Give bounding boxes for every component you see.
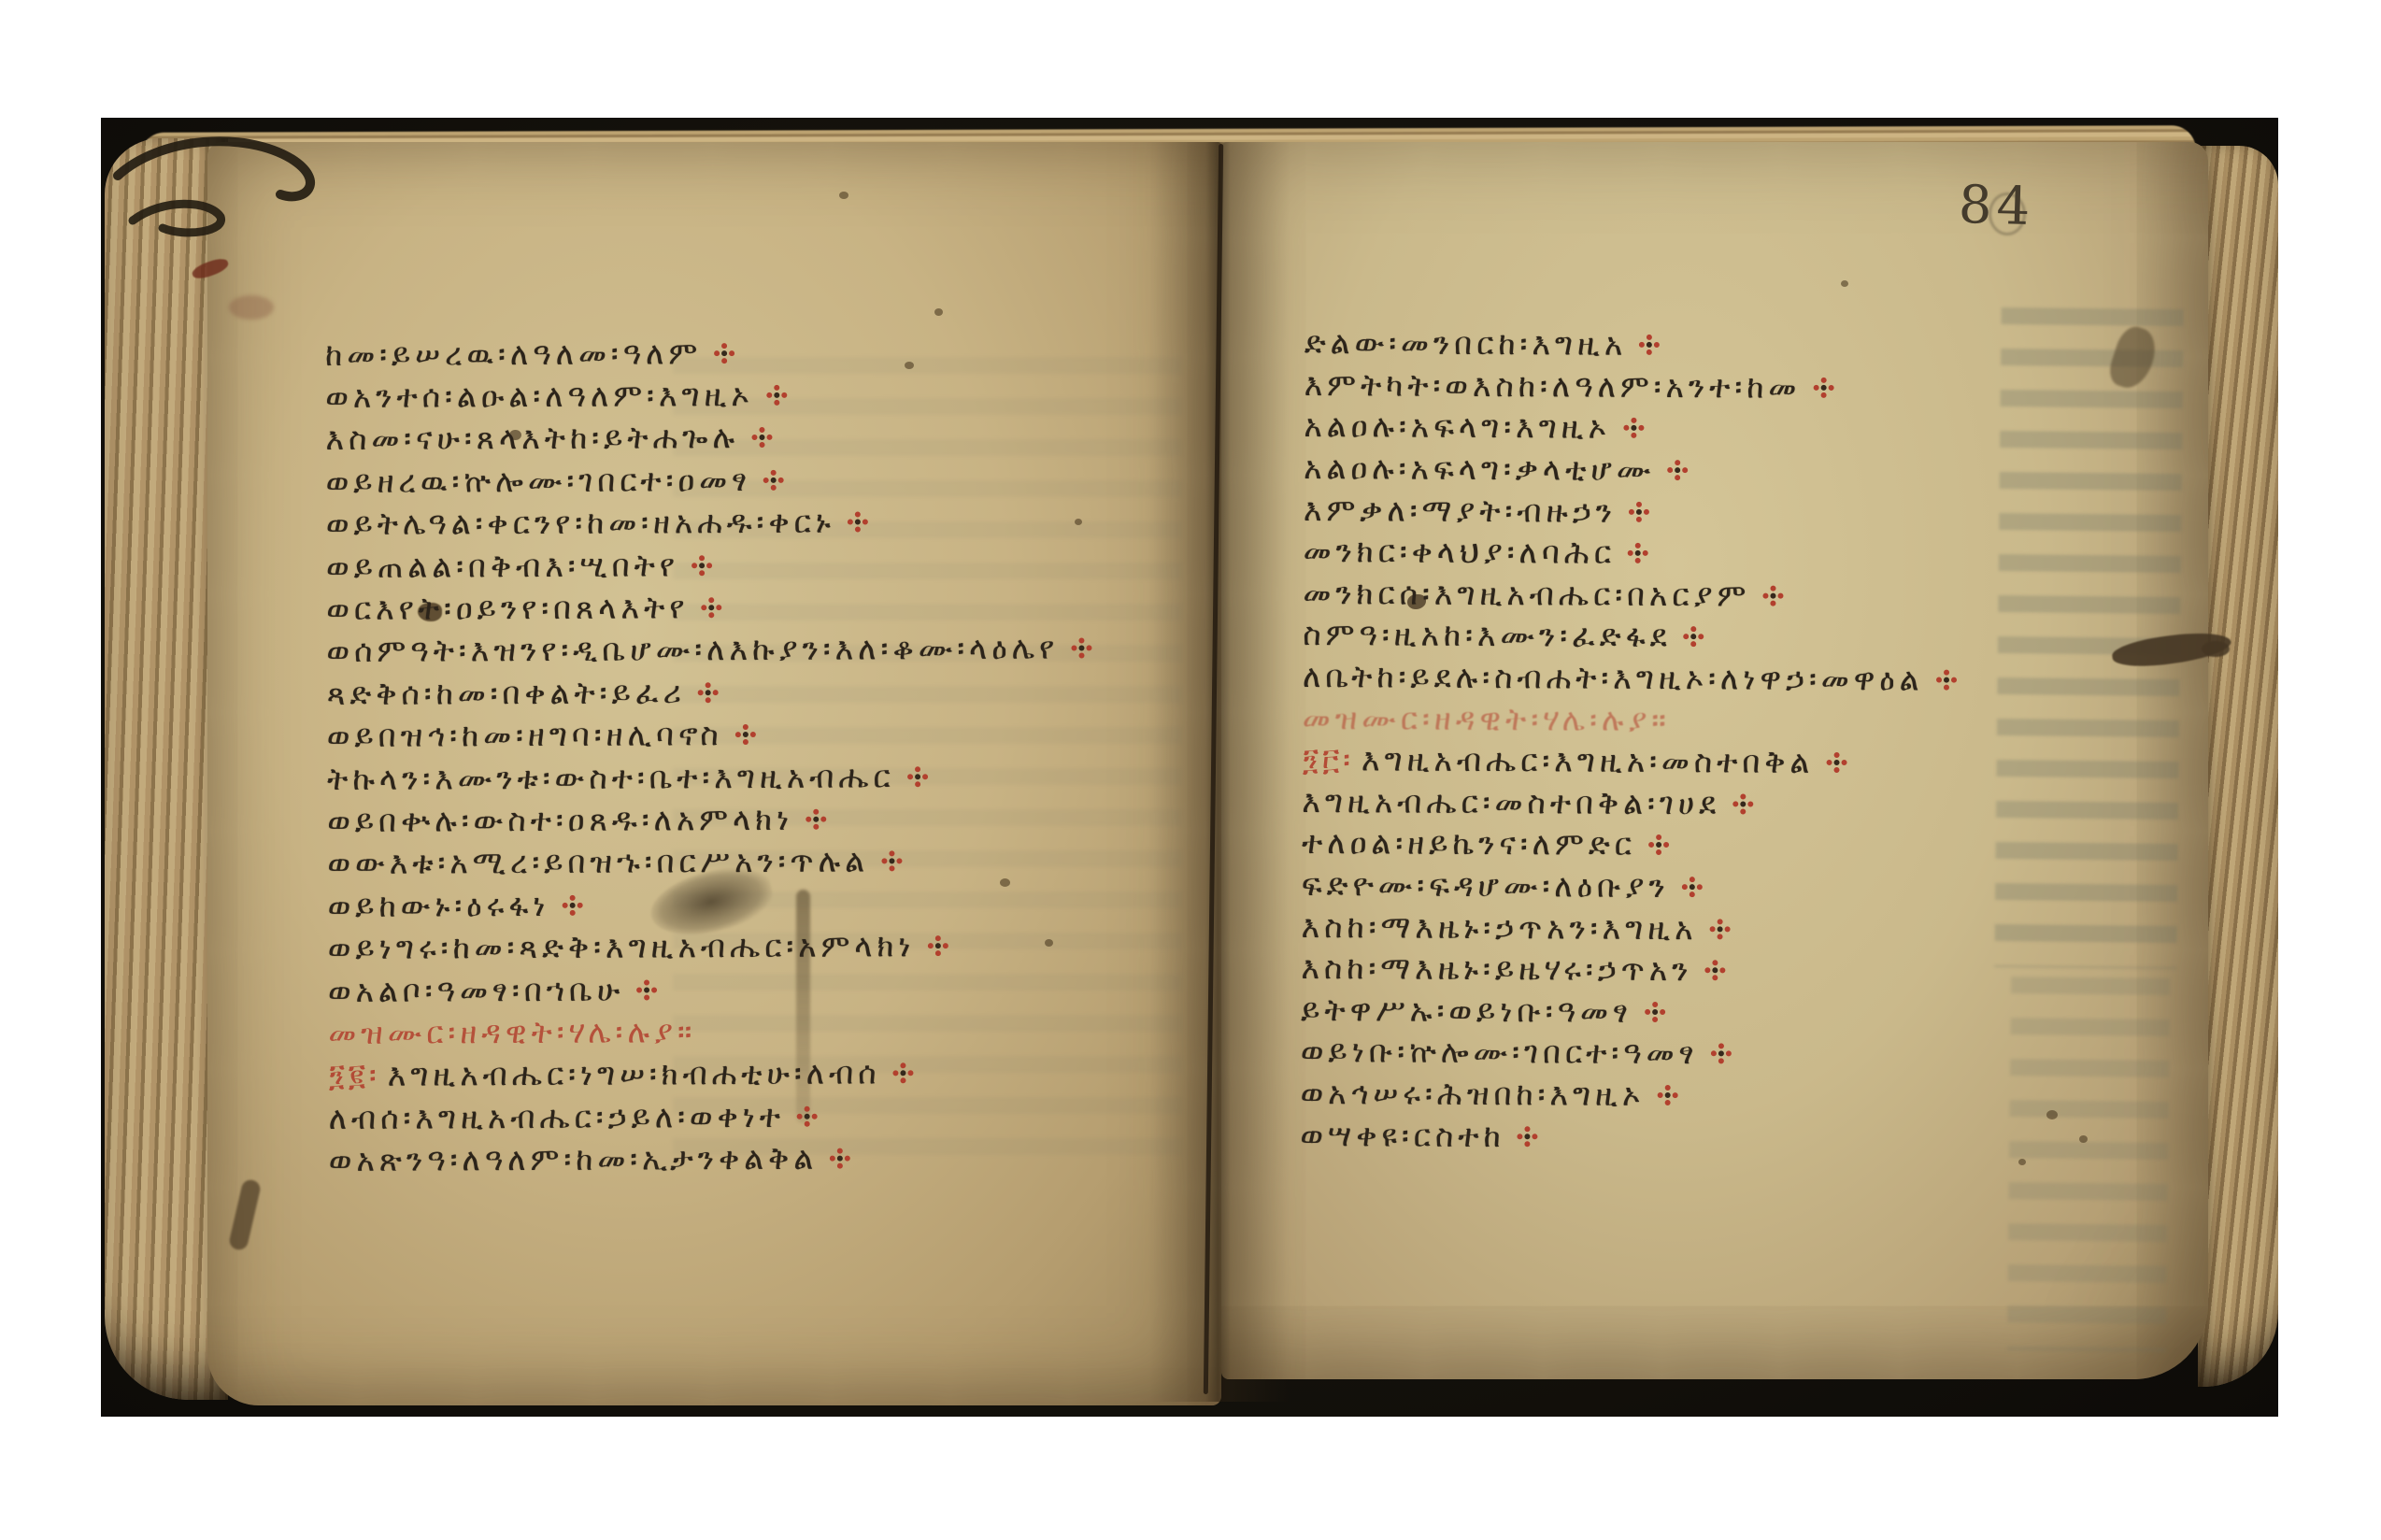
- line-text: መንክር፡ቀላህያ፡ለባሕር: [1304, 533, 1617, 572]
- manuscript-text-line: ይትዋሥኡ፡ወይነቡ፡ዓመፃ: [1301, 989, 2160, 1034]
- section-cross-mark-icon: [1622, 417, 1645, 439]
- manuscript-text-line: ትኩላን፡እሙንቱ፡ውስተ፡ቤተ፡እግዚአብሔር: [327, 754, 1168, 800]
- line-text: መንክርሰ፡እግዚአብሔር፡በአርያም: [1303, 575, 1750, 615]
- speck: [1841, 280, 1848, 287]
- line-text: እስከ፡ማእዜኑ፡ኃጥአን፡እግዚአ: [1302, 908, 1698, 948]
- section-cross-mark-icon: [1666, 459, 1689, 481]
- manuscript-text-line: ፺፫፡እግዚአብሔር፡እግዚአ፡መስተበቅል: [1302, 739, 2161, 785]
- line-text: ወይበዝኅ፡ከመ፡ዘግባ፡ዘሊባኖስ: [327, 716, 723, 755]
- line-text: ወሣቀዩ፡ርስተከ: [1300, 1117, 1505, 1155]
- manuscript-text-line: ወርእየት፡ዐይንየ፡በጸላእትየ: [326, 584, 1167, 630]
- section-cross-mark-icon: [763, 469, 785, 492]
- manuscript-text-line: መንክር፡ቀላህያ፡ለባሕር: [1304, 531, 2163, 577]
- line-text: ወይከውኑ፡ዕሩፋነ: [328, 887, 550, 925]
- right-page-text: ድልው፡መንበርከ፡እግዚአእምትካት፡ወእስከ፡ለዓለም፡አንተ፡ከመአልዐሉ…: [1300, 322, 2164, 1161]
- manuscript-text-line: ወአኅሠሩ፡ሕዝበከ፡እግዚኦ: [1301, 1073, 2160, 1119]
- section-cross-mark-icon: [734, 723, 757, 746]
- section-cross-mark-icon: [829, 1148, 851, 1170]
- psalm-number-rubric: ፺፫፡: [1302, 741, 1354, 778]
- line-text: እግዚአብሔር፡ነግሠ፡ክብሐቲሁ፡ለብሰ: [388, 1055, 881, 1094]
- line-text: ወይጠልል፡በቅብእ፡ሢበትየ: [326, 547, 679, 586]
- section-cross-mark-icon: [906, 765, 929, 788]
- line-text: ለብሰ፡እግዚአብሔር፡ኃይለ፡ወቀነተ: [329, 1098, 786, 1137]
- line-text: ከመ፡ይሠረዉ፡ለዓለመ፡ዓለም: [325, 335, 702, 374]
- line-text: እግዚአብሔር፡መስተበቅል፡ገሀደ: [1302, 783, 1720, 822]
- line-text: ለቤትከ፡ይደሉ፡ስብሐት፡እግዚኦ፡ለነዋኃ፡መዋዕል: [1303, 658, 1924, 698]
- manuscript-text-line: ወይከውኑ፡ዕሩፋነ: [328, 881, 1169, 927]
- line-text: አልዐሉ፡አፍላግ፡ቃላቲሆሙ: [1304, 449, 1655, 489]
- manuscript-text-line: እስከ፡ማእዜኑ፡ኃጥአን፡እግዚአ: [1301, 905, 2160, 951]
- binding-thread-icon: [105, 120, 385, 260]
- line-text: ወአልቦ፡ዓመፃ፡በኀቤሁ: [328, 971, 624, 1009]
- section-cross-mark-icon: [880, 850, 903, 873]
- line-text: አልዐሉ፡አፍላግ፡እግዚኦ: [1304, 407, 1611, 447]
- manuscript-text-line: እስመ፡ናሁ፡ጸላእትከ፡ይትሐጐሉ: [325, 415, 1166, 461]
- section-cross-mark-icon: [697, 681, 720, 704]
- manuscript-text-line: ስምዓ፡ዚአከ፡እሙን፡ፈድፋደ: [1303, 614, 2162, 660]
- section-cross-mark-icon: [1812, 377, 1834, 399]
- speck: [2018, 1159, 2026, 1165]
- line-text: ፍድዮሙ፡ፍዳሆሙ፡ለዕቡያን: [1302, 866, 1670, 905]
- line-text: ወርእየት፡ዐይንየ፡በጸላእትየ: [326, 589, 689, 628]
- section-cross-mark-icon: [1935, 669, 1958, 692]
- manuscript-text-line: ፺፪፡እግዚአብሔር፡ነግሠ፡ክብሐቲሁ፡ለብሰ: [328, 1051, 1169, 1097]
- section-cross-mark-icon: [691, 554, 713, 577]
- manuscript-text-line: ከመ፡ይሠረዉ፡ለዓለመ፡ዓለም: [325, 330, 1166, 376]
- manuscript-photo: 84 ከመ፡ይሠረዉ፡ለዓለመ፡ዓለምወአንተሰ፡ልዑል፡ለዓለም፡እግዚኦእስ…: [0, 0, 2381, 1540]
- section-cross-mark-icon: [892, 1062, 915, 1085]
- section-cross-mark-icon: [1070, 637, 1092, 660]
- section-cross-mark-icon: [796, 1105, 819, 1127]
- line-text: ድልው፡መንበርከ፡እግዚአ: [1305, 324, 1628, 364]
- line-text: ወይነግሩ፡ከመ፡ጻድቅ፡እግዚአብሔር፡አምላክነ: [328, 927, 916, 967]
- manuscript-text-line: ወይትሌዓል፡ቀርንየ፡ከመ፡ዘአሐዱ፡ቀርኑ: [326, 500, 1167, 546]
- section-cross-mark-icon: [1683, 626, 1705, 649]
- line-text: ወአኅሠሩ፡ሕዝበከ፡እግዚኦ: [1301, 1075, 1646, 1114]
- speck: [839, 192, 848, 199]
- right-margin-ink-stroke-tail: [2202, 641, 2230, 657]
- line-text: ወይነቡ፡ኵሎሙ፡ገበርተ፡ዓመፃ: [1301, 1033, 1699, 1072]
- manuscript-text-line: ወአጽንዓ፡ለዓለም፡ከመ፡ኢታንቀልቅል: [329, 1135, 1170, 1181]
- line-text: ወሰምዓት፡እዝንየ፡ዲቤሆሙ፡ለእኩያን፡እለ፡ቆሙ፡ላዕሌየ: [326, 630, 1059, 670]
- manuscript-text-line: ለቤትከ፡ይደሉ፡ስብሐት፡እግዚኦ፡ለነዋኃ፡መዋዕል: [1303, 656, 2162, 702]
- psalm-number-rubric: ፺፪፡: [328, 1057, 379, 1094]
- line-text: ወይበቍሉ፡ውስተ፡ዐጸዱ፡ለአምላክነ: [327, 801, 793, 840]
- section-cross-mark-icon: [805, 808, 827, 831]
- section-cross-mark-icon: [1656, 1084, 1678, 1106]
- line-text: ወይዘረዉ፡ኵሎሙ፡ገበርተ፡ዐመፃ: [326, 462, 752, 501]
- section-cross-mark-icon: [926, 934, 948, 957]
- section-cross-mark-icon: [1644, 1001, 1666, 1023]
- manuscript-text-line: ወአንተሰ፡ልዑል፡ለዓለም፡እግዚኦ: [325, 372, 1166, 418]
- manuscript-text-line: ወይጠልል፡በቅብእ፡ሢበትየ: [326, 542, 1167, 588]
- faint-red-smudge: [229, 295, 274, 320]
- section-cross-mark-icon: [635, 978, 658, 1001]
- manuscript-text-line: ወውእቱ፡አሚረ፡ይበዝኁ፡በርሥአን፡ጥሉል: [327, 839, 1168, 885]
- manuscript-text-line: ወይነቡ፡ኵሎሙ፡ገበርተ፡ዓመፃ: [1301, 1031, 2160, 1077]
- manuscript-text-line: አልዐሉ፡አፍላግ፡እግዚኦ: [1304, 406, 2163, 451]
- psalm-heading-rubric: መዝሙር፡ዘዳዊት፡ሃሌ፡ሉያ።: [1303, 697, 2162, 743]
- section-cross-mark-icon: [1710, 1043, 1732, 1065]
- line-text: ስምዓ፡ዚአከ፡እሙን፡ፈድፋደ: [1303, 616, 1672, 655]
- psalm-heading-rubric: መዝሙር፡ዘዳዊት፡ሃሌ፡ሉያ።: [328, 1008, 1169, 1054]
- manuscript-text-line: ወይዘረዉ፡ኵሎሙ፡ገበርተ፡ዐመፃ: [326, 457, 1167, 503]
- manuscript-text-line: ወይበዝኅ፡ከመ፡ዘግባ፡ዘሊባኖስ: [327, 712, 1168, 758]
- section-cross-mark-icon: [1708, 918, 1731, 940]
- section-cross-mark-icon: [1732, 792, 1754, 815]
- speck: [934, 308, 943, 316]
- line-text: እምቃለ፡ማያት፡ብዙኃን: [1304, 492, 1617, 531]
- manuscript-text-line: ጻድቅሰ፡ከመ፡በቀልት፡ይፈሪ: [327, 669, 1168, 715]
- section-cross-mark-icon: [1761, 584, 1784, 606]
- line-text: እስከ፡ማእዜኑ፡ይዜሃሩ፡ኃጥአን: [1301, 949, 1692, 989]
- line-text: እስመ፡ናሁ፡ጸላእትከ፡ይትሐጐሉ: [325, 420, 739, 459]
- manuscript-text-line: ተለዐል፡ዘይኬንና፡ለምድር: [1302, 822, 2161, 868]
- right-page-edge-stack: [2198, 146, 2278, 1387]
- section-cross-mark-icon: [1628, 500, 1650, 522]
- manuscript-text-line: ወሣቀዩ፡ርስተከ: [1300, 1114, 2160, 1160]
- line-text: ወውእቱ፡አሚረ፡ይበዝኁ፡በርሥአን፡ጥሉል: [327, 843, 869, 883]
- manuscript-text-line: አልዐሉ፡አፍላግ፡ቃላቲሆሙ: [1304, 448, 2163, 493]
- section-cross-mark-icon: [561, 894, 583, 917]
- line-text: ወአንተሰ፡ልዑል፡ለዓለም፡እግዚኦ: [325, 377, 754, 416]
- section-cross-mark-icon: [1638, 334, 1661, 356]
- section-cross-mark-icon: [1825, 751, 1847, 774]
- left-page-text: ከመ፡ይሠረዉ፡ለዓለመ፡ዓለምወአንተሰ፡ልዑል፡ለዓለም፡እግዚኦእስመ፡ና…: [325, 330, 1170, 1182]
- section-cross-mark-icon: [750, 426, 773, 449]
- section-cross-mark-icon: [1681, 876, 1704, 898]
- manuscript-text-line: እምቃለ፡ማያት፡ብዙኃን: [1304, 489, 2163, 535]
- manuscript-text-line: ፍድዮሙ፡ፍዳሆሙ፡ለዕቡያን: [1302, 864, 2161, 910]
- section-cross-mark-icon: [1627, 542, 1649, 564]
- manuscript-text-line: ድልው፡መንበርከ፡እግዚአ: [1305, 322, 2164, 368]
- line-text: እግዚአብሔር፡እግዚአ፡መስተበቅል: [1362, 742, 1815, 782]
- section-cross-mark-icon: [1704, 959, 1726, 981]
- folio-number: 84: [1958, 175, 2035, 237]
- manuscript-text-line: እግዚአብሔር፡መስተበቅል፡ገሀደ: [1302, 781, 2161, 827]
- line-text: ተለዐል፡ዘይኬንና፡ለምድር: [1302, 824, 1636, 863]
- manuscript-text-line: ወይበቍሉ፡ውስተ፡ዐጸዱ፡ለአምላክነ: [327, 796, 1168, 842]
- section-cross-mark-icon: [765, 384, 788, 406]
- line-text: ጻድቅሰ፡ከመ፡በቀልት፡ይፈሪ: [327, 674, 686, 713]
- line-text: መዝሙር፡ዘዳዊት፡ሃሌ፡ሉያ።: [1303, 700, 1671, 739]
- line-text: ትኩላን፡እሙንቱ፡ውስተ፡ቤተ፡እግዚአብሔር: [327, 758, 895, 798]
- section-cross-mark-icon: [700, 596, 722, 619]
- section-cross-mark-icon: [713, 342, 735, 364]
- manuscript-text-line: እምትካት፡ወእስከ፡ለዓለም፡አንተ፡ከመ: [1305, 364, 2164, 410]
- line-text: ወይትሌዓል፡ቀርንየ፡ከመ፡ዘአሐዱ፡ቀርኑ: [326, 504, 835, 543]
- manuscript-text-line: ለብሰ፡እግዚአብሔር፡ኃይለ፡ወቀነተ: [329, 1093, 1170, 1139]
- manuscript-text-line: እስከ፡ማእዜኑ፡ይዜሃሩ፡ኃጥአን: [1301, 948, 2160, 993]
- manuscript-text-line: ወይነግሩ፡ከመ፡ጻድቅ፡እግዚአብሔር፡አምላክነ: [328, 924, 1169, 970]
- manuscript-text-line: ወሰምዓት፡እዝንየ፡ዲቤሆሙ፡ለእኩያን፡እለ፡ቆሙ፡ላዕሌየ: [326, 627, 1167, 673]
- section-cross-mark-icon: [847, 511, 869, 534]
- manuscript-text-line: ወአልቦ፡ዓመፃ፡በኀቤሁ: [328, 966, 1169, 1012]
- line-text: ወአጽንዓ፡ለዓለም፡ከመ፡ኢታንቀልቅል: [329, 1140, 819, 1179]
- line-text: ይትዋሥኡ፡ወይነቡ፡ዓመፃ: [1301, 991, 1632, 1031]
- section-cross-mark-icon: [1647, 834, 1670, 856]
- line-text: መዝሙር፡ዘዳዊት፡ሃሌ፡ሉያ።: [328, 1013, 696, 1052]
- manuscript-text-line: መንክርሰ፡እግዚአብሔር፡በአርያም: [1303, 573, 2162, 619]
- section-cross-mark-icon: [1517, 1125, 1539, 1148]
- line-text: እምትካት፡ወእስከ፡ለዓለም፡አንተ፡ከመ: [1305, 366, 1802, 406]
